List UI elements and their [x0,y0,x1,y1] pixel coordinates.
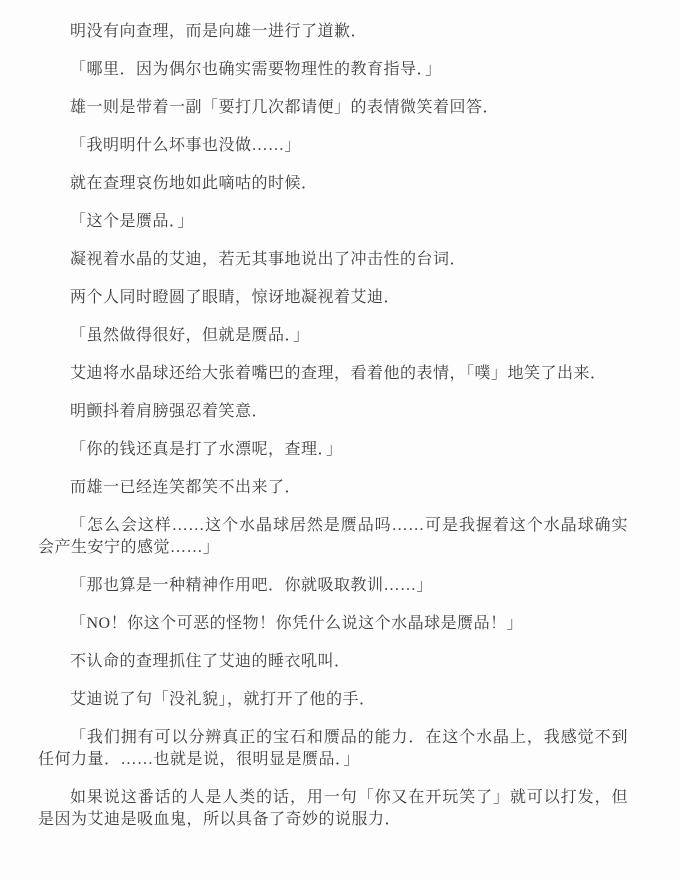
paragraph: 「那也算是一种精神作用吧．你就吸取教训……」 [38,575,628,597]
paragraph: 不认命的查理抓住了艾迪的睡衣吼叫． [38,651,628,673]
paragraph: 艾迪说了句「没礼貌」，就打开了他的手． [38,689,628,711]
paragraph: 「虽然做得很好，但就是赝品．」 [38,325,628,347]
paragraph: 雄一则是带着一副「要打几次都请便」的表情微笑着回答． [38,97,628,119]
paragraph: 就在查理哀伤地如此嘀咕的时候． [38,173,628,195]
paragraph: 明没有向查理，而是向雄一进行了道歉． [38,21,628,43]
paragraph: 「哪里．因为偶尔也确实需要物理性的教育指导．」 [38,59,628,81]
paragraph: 「你的钱还真是打了水漂呢，查理．」 [38,439,628,461]
paragraph: 「我们拥有可以分辨真正的宝石和赝品的能力．在这个水晶上，我感觉不到任何力量．……… [38,727,628,771]
paragraph: 「怎么会这样……这个水晶球居然是赝品吗……可是我握着这个水晶球确实会产生安宁的感… [38,515,628,559]
novel-page: 明没有向查理，而是向雄一进行了道歉．「哪里．因为偶尔也确实需要物理性的教育指导．… [0,0,680,880]
paragraph: 如果说这番话的人是人类的话，用一句「你又在开玩笑了」就可以打发，但是因为艾迪是吸… [38,787,628,831]
text-column: 明没有向查理，而是向雄一进行了道歉．「哪里．因为偶尔也确实需要物理性的教育指导．… [38,21,628,831]
paragraph: 艾迪将水晶球还给大张着嘴巴的查理，看着他的表情，「噗」地笑了出来． [38,363,628,385]
paragraph: 「这个是赝品．」 [38,211,628,233]
paragraph: 「NO！你这个可恶的怪物！你凭什么说这个水晶球是赝品！」 [38,613,628,635]
paragraph: 两个人同时瞪圆了眼睛，惊讶地凝视着艾迪． [38,287,628,309]
paragraph: 明颤抖着肩膀强忍着笑意． [38,401,628,423]
paragraph: 「我明明什么坏事也没做……」 [38,135,628,157]
paragraph: 而雄一已经连笑都笑不出来了． [38,477,628,499]
paragraph: 凝视着水晶的艾迪，若无其事地说出了冲击性的台词． [38,249,628,271]
